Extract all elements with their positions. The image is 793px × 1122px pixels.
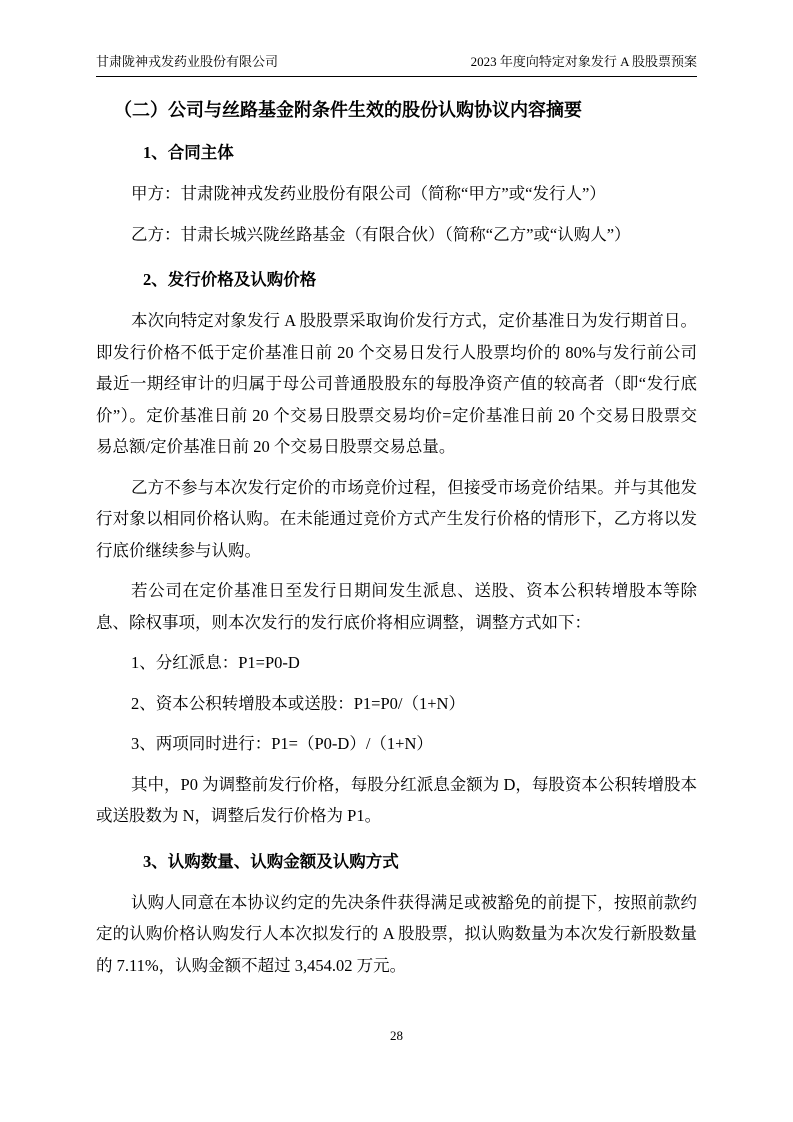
formula-capital-transfer: 2、资本公积转增股本或送股：P1=P0/（1+N） [96, 688, 697, 720]
paragraph-bidding-participation: 乙方不参与本次发行定价的市场竞价过程，但接受市场竞价结果。并与其他发行对象以相同… [96, 472, 697, 567]
header-doc-title: 2023 年度向特定对象发行 A 股股票预案 [471, 54, 697, 70]
paragraph-party-b: 乙方：甘肃长城兴陇丝路基金（有限合伙）（简称“乙方”或“认购人”） [96, 219, 697, 251]
subsection-heading-subscription: 3、认购数量、认购金额及认购方式 [96, 851, 697, 873]
subsection-heading-issue-price: 2、发行价格及认购价格 [96, 269, 697, 291]
page-number: 28 [390, 1028, 403, 1043]
page-footer: 28 [0, 1028, 793, 1044]
paragraph-variable-definitions: 其中，P0 为调整前发行价格，每股分红派息金额为 D，每股资本公积转增股本或送股… [96, 769, 697, 832]
header-company-name: 甘肃陇神戎发药业股份有限公司 [96, 54, 278, 70]
subsection-heading-contract-parties: 1、合同主体 [96, 142, 697, 164]
paragraph-adjustment-intro: 若公司在定价基准日至发行日期间发生派息、送股、资本公积转增股本等除息、除权事项，… [96, 575, 697, 638]
paragraph-pricing-method: 本次向特定对象发行 A 股股票采取询价发行方式，定价基准日为发行期首日。即发行价… [96, 305, 697, 463]
page-header: 甘肃陇神戎发药业股份有限公司 2023 年度向特定对象发行 A 股股票预案 [96, 54, 697, 77]
document-page: 甘肃陇神戎发药业股份有限公司 2023 年度向特定对象发行 A 股股票预案 （二… [0, 0, 793, 1122]
formula-both-combined: 3、两项同时进行：P1=（P0-D）/（1+N） [96, 728, 697, 760]
paragraph-subscription-amount: 认购人同意在本协议约定的先决条件获得满足或被豁免的前提下，按照前款约定的认购价格… [96, 887, 697, 982]
formula-dividend-payout: 1、分红派息：P1=P0-D [96, 647, 697, 679]
paragraph-party-a: 甲方：甘肃陇神戎发药业股份有限公司（简称“甲方”或“发行人”） [96, 178, 697, 210]
section-title: （二）公司与丝路基金附条件生效的股份认购协议内容摘要 [96, 98, 697, 122]
